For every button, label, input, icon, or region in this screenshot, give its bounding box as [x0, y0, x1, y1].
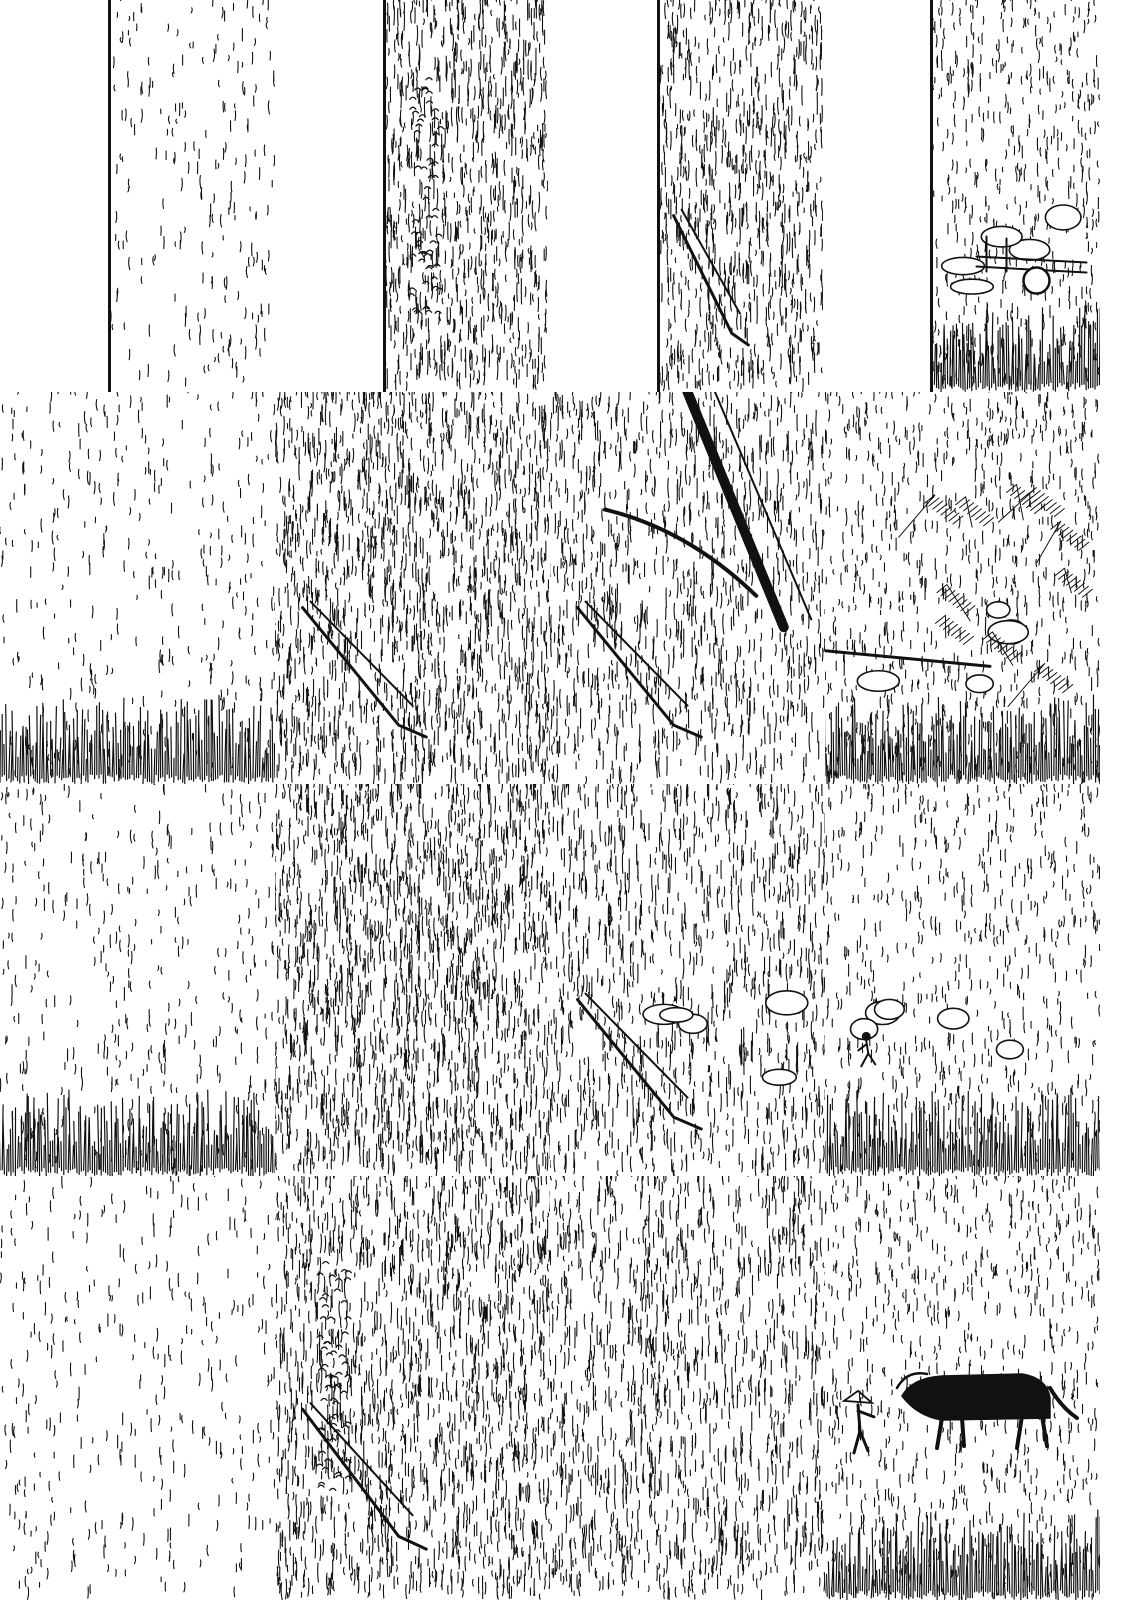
- ink-drawing: [550, 392, 825, 784]
- illustration-mosaic: [0, 0, 1125, 1600]
- illustration-tile: [550, 392, 825, 784]
- ink-drawing: [825, 392, 1100, 784]
- ink-drawing: [825, 1176, 1100, 1600]
- ink-drawing: [275, 392, 550, 784]
- ink-drawing: [0, 392, 275, 784]
- illustration-tile: [825, 1176, 1100, 1600]
- illustration-tile: [825, 784, 1100, 1176]
- panel-border: [383, 0, 386, 392]
- illustration-tile: [275, 1176, 550, 1600]
- ink-drawing: [825, 784, 1100, 1176]
- ink-drawing: [0, 1176, 275, 1600]
- illustration-tile: [825, 392, 1100, 784]
- illustration-tile: [383, 0, 548, 392]
- illustration-tile: [275, 784, 550, 1176]
- illustration-tile: [108, 0, 275, 392]
- illustration-tile: [657, 0, 823, 392]
- illustration-tile: [930, 0, 1100, 392]
- illustration-tile: [550, 1176, 825, 1600]
- ink-drawing: [930, 0, 1100, 392]
- ink-drawing: [657, 0, 823, 392]
- panel-border: [930, 0, 933, 392]
- ink-drawing: [275, 784, 550, 1176]
- illustration-tile: [550, 784, 825, 1176]
- ink-drawing: [550, 1176, 825, 1600]
- illustration-tile: [0, 1176, 275, 1600]
- panel-border: [657, 0, 660, 392]
- ink-drawing: [275, 1176, 550, 1600]
- ink-drawing: [550, 784, 825, 1176]
- ink-drawing: [383, 0, 548, 392]
- ink-drawing: [0, 784, 275, 1176]
- illustration-tile: [0, 784, 275, 1176]
- illustration-tile: [275, 392, 550, 784]
- panel-border: [108, 0, 111, 392]
- ink-drawing: [108, 0, 275, 392]
- illustration-tile: [0, 392, 275, 784]
